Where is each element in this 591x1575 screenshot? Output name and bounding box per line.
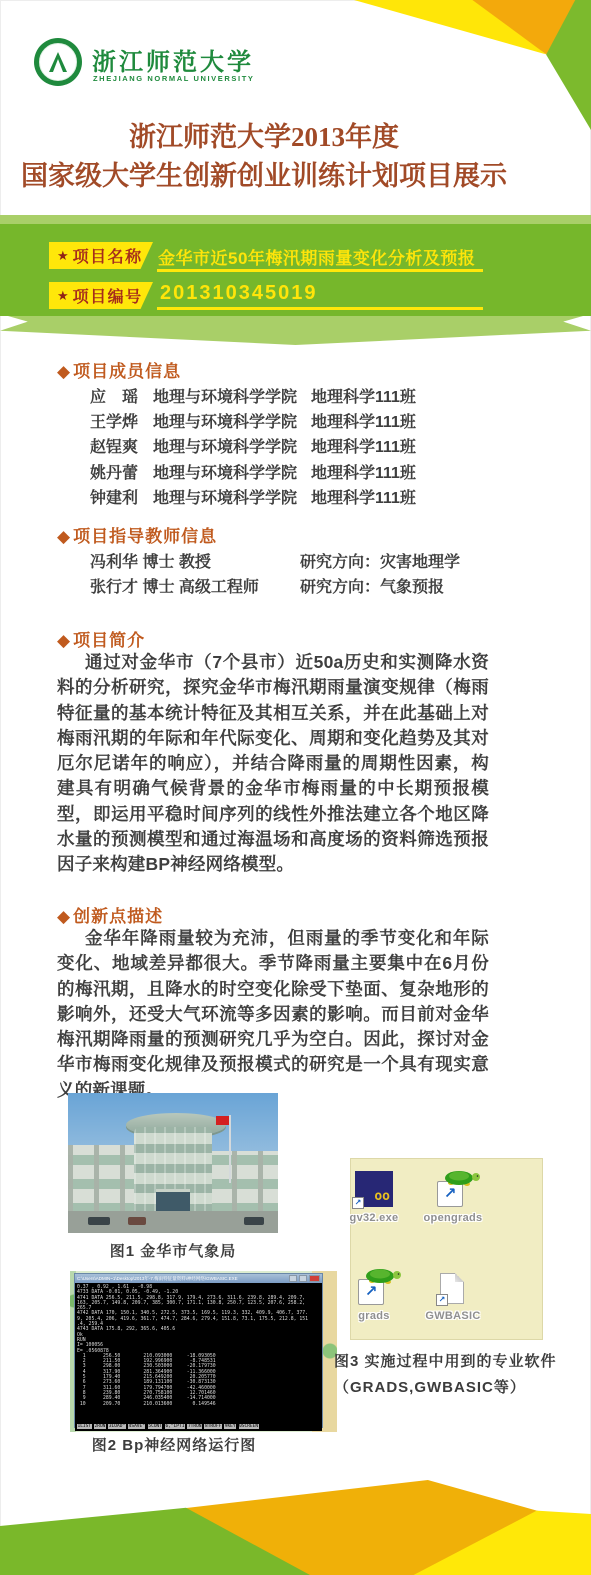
fig2-terminal-screenshot: C:\Users\ADMIN~1\Desktop\2013年-7.梅雨特征量资料… [70, 1271, 337, 1432]
fkey-label: 4SAVE" [128, 1424, 145, 1429]
maximize-button [299, 1275, 307, 1282]
shortcut-arrow-icon: ↗ [436, 1294, 448, 1306]
fig3-caption-line1: 图3 实施过程中用到的专业软件 [334, 1350, 557, 1371]
star-icon: ★ [57, 249, 69, 262]
advisor-name: 冯利华 博士 教授 [90, 549, 211, 572]
project-id-underline [157, 307, 483, 310]
close-button [309, 1275, 320, 1282]
fkey-label: 6,"LPT1 [165, 1424, 185, 1429]
advisor-row: 冯利华 博士 教授 研究方向：灾害地理学 [57, 549, 591, 574]
terminal-title-text: C:\Users\ADMIN~1\Desktop\2013年-7.梅雨特征量资料… [77, 1276, 287, 1282]
fig2-caption: 图2 Bp神经网络运行图 [62, 1434, 286, 1455]
member-class: 地理科学111班 [311, 409, 416, 432]
member-row: 应 瑶 地理与环境科学学院 地理科学111班 [57, 384, 591, 409]
turtle-icon [441, 1167, 485, 1187]
fkey-label: 0SCREEN [239, 1424, 259, 1429]
car [88, 1217, 110, 1225]
university-name-zh: 浙江师范大学 [92, 42, 254, 77]
advisor-direction: 研究方向：灾害地理学 [300, 549, 460, 572]
terminal-fkey-bar: 1LIST2RUN3LOAD"4SAVE"5CONT6,"LPT17TRON8T… [77, 1424, 321, 1429]
members-heading: ◆项目成员信息 [57, 357, 181, 382]
university-seal [34, 38, 82, 86]
shortcut-arrow-icon: ↗ [352, 1197, 364, 1209]
members-table: 应 瑶 地理与环境科学学院 地理科学111班 王学烨 地理与环境科学学院 地理科… [57, 384, 591, 514]
project-name-label: 项目名称 [73, 244, 143, 267]
desktop-icon-gv32: oo ↗ gv32.exe [334, 1169, 414, 1224]
diamond-bullet-icon: ◆ [57, 527, 71, 546]
member-college: 地理与环境科学学院 [153, 434, 297, 457]
flagpole [229, 1115, 231, 1183]
member-row: 姚丹蕾 地理与环境科学学院 地理科学111班 [57, 460, 591, 485]
gv32-icon-glyph: oo [374, 1189, 390, 1204]
fig3-software-panel: oo ↗ gv32.exe ↗ opengrads [350, 1158, 543, 1340]
desktop-icon-opengrads: ↗ opengrads [413, 1169, 493, 1224]
diamond-bullet-icon: ◆ [57, 362, 71, 381]
building-right-wing [206, 1151, 278, 1213]
member-class: 地理科学111班 [311, 460, 416, 483]
member-college: 地理与环境科学学院 [153, 460, 297, 483]
terminal-window: C:\Users\ADMIN~1\Desktop\2013年-7.梅雨特征量资料… [74, 1273, 323, 1428]
icon-label: grads [334, 1310, 414, 1322]
fig3-caption-line2: （GRADS,GWBASIC等） [334, 1376, 526, 1397]
member-row: 赵锃爽 地理与环境科学学院 地理科学111班 [57, 434, 591, 459]
poster-root: 浙江师范大学 ZHEJIANG NORMAL UNIVERSITY 浙江师范大学… [0, 0, 591, 1575]
terminal-body: 0.37 , 0.92 , 1.61 , -0.98 4733 DATA -0.… [75, 1283, 322, 1431]
desktop-icon-grads: ↗ grads [334, 1267, 414, 1322]
car [128, 1217, 146, 1225]
university-seal-emblem [49, 52, 67, 72]
innovation-heading-text: 创新点描述 [73, 907, 163, 926]
terminal-titlebar: C:\Users\ADMIN~1\Desktop\2013年-7.梅雨特征量资料… [75, 1274, 322, 1283]
member-class: 地理科学111班 [311, 384, 416, 407]
icon-label: GWBASIC [413, 1310, 493, 1322]
poster-title-line2: 国家级大学生创新创业训练计划项目展示 [0, 157, 528, 196]
fkey-label: 1LIST [77, 1424, 92, 1429]
project-id-label-box: ★ 项目编号 [49, 282, 153, 309]
member-name: 钟建利 [90, 485, 138, 508]
fig1-caption: 图1 金华市气象局 [68, 1240, 278, 1261]
building-left-wing [68, 1145, 140, 1213]
turtle-icon [362, 1265, 406, 1285]
university-seal-inner [39, 43, 77, 81]
member-college: 地理与环境科学学院 [153, 409, 297, 432]
car [244, 1217, 264, 1225]
innovation-paragraph: 金华年降雨量较为充沛，但雨量的季节变化和年际变化、地域差异都很大。季节降雨量主要… [57, 926, 489, 1103]
icon-label: opengrads [413, 1212, 493, 1224]
member-name: 应 瑶 [90, 384, 138, 407]
fig1-photo-weather-bureau [68, 1093, 278, 1233]
intro-paragraph: 通过对金华市（7个县市）近50a历史和实测降水资料的分析研究，探究金华市梅汛期雨… [57, 650, 489, 878]
intro-heading: ◆项目简介 [57, 626, 145, 651]
diamond-bullet-icon: ◆ [57, 907, 71, 926]
advisors-heading-text: 项目指导教师信息 [73, 527, 217, 546]
innovation-heading: ◆创新点描述 [57, 902, 163, 927]
intro-heading-text: 项目简介 [73, 631, 145, 650]
member-name: 赵锃爽 [90, 434, 138, 457]
desktop-icon-gwbasic: ↗ GWBASIC [413, 1267, 493, 1322]
advisors-table: 冯利华 博士 教授 研究方向：灾害地理学 张行才 博士 高级工程师 研究方向：气… [57, 549, 591, 604]
poster-title-line1: 浙江师范大学2013年度 [0, 118, 528, 157]
project-id-value: 201310345019 [160, 282, 317, 305]
member-class: 地理科学111班 [311, 485, 416, 508]
member-name: 王学烨 [90, 409, 138, 432]
university-name-en: ZHEJIANG NORMAL UNIVERSITY [93, 74, 254, 83]
page-fold [455, 1273, 464, 1282]
project-id-label: 项目编号 [73, 284, 143, 307]
member-class: 地理科学111班 [311, 434, 416, 457]
advisor-name: 张行才 博士 高级工程师 [90, 574, 259, 597]
fkey-label: 9KEY [224, 1424, 236, 1429]
fkey-label: 5CONT [148, 1424, 163, 1429]
icon-label: gv32.exe [334, 1212, 414, 1224]
project-name-underline [157, 269, 483, 272]
fkey-label: 2RUN [94, 1424, 106, 1429]
minimize-button [289, 1275, 297, 1282]
advisor-direction: 研究方向：气象预报 [300, 574, 444, 597]
project-name-value: 金华市近50年梅汛期雨量变化分析及预报 [158, 244, 475, 269]
star-icon: ★ [57, 289, 69, 302]
member-college: 地理与环境科学学院 [153, 485, 297, 508]
member-row: 王学烨 地理与环境科学学院 地理科学111班 [57, 409, 591, 434]
advisors-heading: ◆项目指导教师信息 [57, 522, 217, 547]
member-row: 钟建利 地理与环境科学学院 地理科学111班 [57, 485, 591, 510]
project-name-label-box: ★ 项目名称 [49, 242, 153, 269]
fkey-label: 8TROFF [204, 1424, 221, 1429]
member-name: 姚丹蕾 [90, 460, 138, 483]
diamond-bullet-icon: ◆ [57, 631, 71, 650]
poster-title: 浙江师范大学2013年度 国家级大学生创新创业训练计划项目展示 [0, 118, 528, 196]
members-heading-text: 项目成员信息 [73, 362, 181, 381]
advisor-row: 张行才 博士 高级工程师 研究方向：气象预报 [57, 574, 591, 599]
member-college: 地理与环境科学学院 [153, 384, 297, 407]
red-flag [216, 1116, 229, 1125]
fkey-label: 3LOAD" [108, 1424, 125, 1429]
fkey-label: 7TRON [187, 1424, 202, 1429]
terminal-output: 0.37 , 0.92 , 1.61 , -0.98 4733 DATA -0.… [77, 1285, 322, 1407]
